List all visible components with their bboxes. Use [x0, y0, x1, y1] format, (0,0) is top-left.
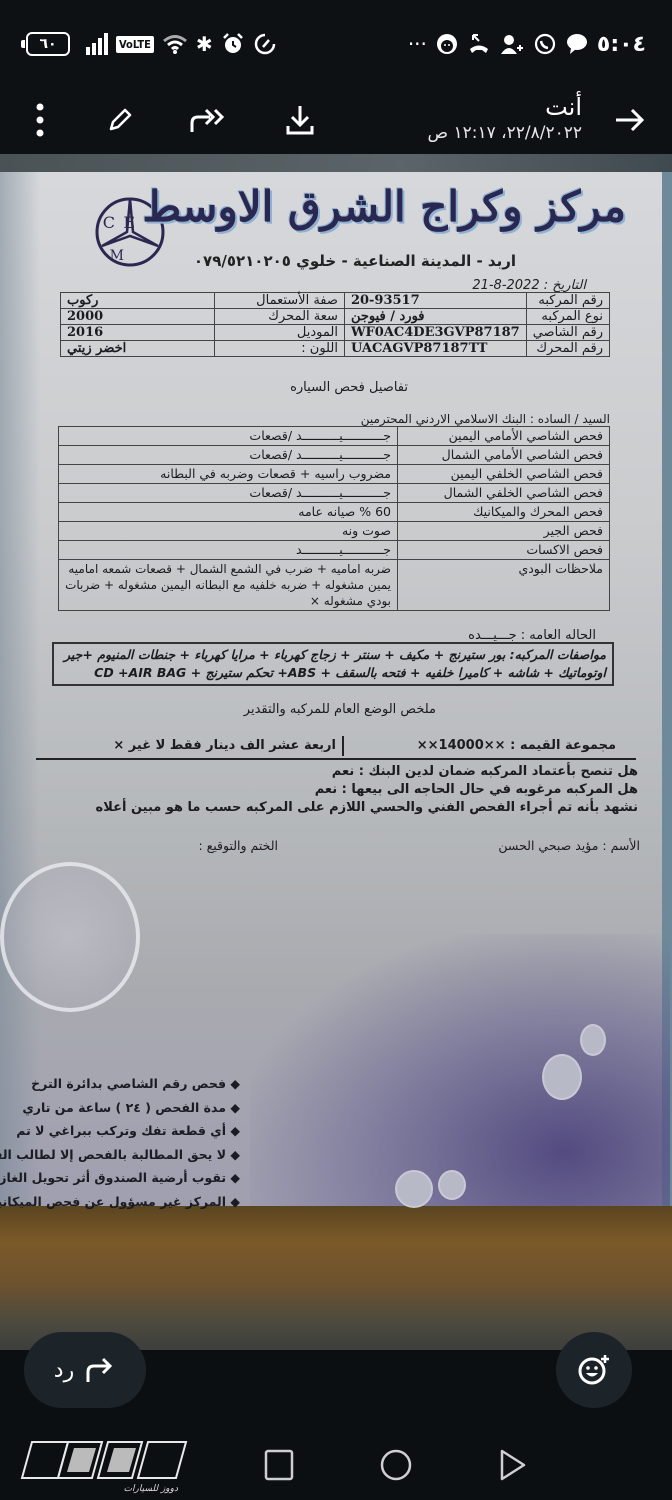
official-stamp [0, 862, 140, 1012]
table-row: فحص الشاصي الخلفي الشمالجـــــــــــيـــ… [59, 484, 610, 503]
nav-home-button[interactable] [378, 1440, 414, 1490]
messages-icon [565, 32, 589, 56]
garage-address: اربد - المدينة الصناعية - خلوي ٠٧٩/٥٢١٠٢… [194, 252, 516, 270]
reply-button[interactable]: رد [24, 1332, 146, 1408]
chat-head-icon [435, 32, 459, 56]
inspection-table: فحص الشاصي الأمامي اليمينجـــــــــــيــ… [58, 426, 610, 611]
section-title: تفاصيل فحص السياره [290, 380, 408, 395]
add-contact-icon [499, 32, 525, 56]
list-item: ◆ لا يحق المطالبة بالفحص إلا لطالب الفحص [0, 1143, 240, 1167]
alarm-icon [221, 32, 245, 56]
status-bar: ٦٠ VoLTE ✱ ··· [0, 0, 672, 88]
forward-button[interactable] [188, 100, 228, 140]
message-timestamp: ٢٢/٨/٢٠٢٢، ١٢:١٧ ص [428, 122, 583, 144]
missed-call-icon [467, 32, 491, 56]
svg-text:E: E [123, 213, 135, 232]
wifi-icon [162, 33, 188, 55]
question-collateral: هل تنصح بأعتماد المركبه ضمان لدين البنك … [332, 764, 638, 779]
download-button[interactable] [280, 100, 320, 140]
terms-list: ◆ فحص رقم الشاصي بدائرة الترخ ◆ مدة الفح… [0, 1072, 240, 1213]
question-marketable: هل المركبه مرغوبه في حال الحاجه الى بيعه… [315, 782, 638, 797]
back-triangle-icon [498, 1448, 528, 1482]
table-row: رقم الشاصي WF0AC4DE3GVP87187 الموديل 201… [61, 325, 610, 341]
table-row: ملاحظات البوديضربه اماميه + ضرب في الشمع… [59, 560, 610, 611]
vehicle-info-table: رقم المركبه 20-93517 صفة الأستعمال ركوب … [60, 292, 610, 357]
more-vert-icon [35, 103, 45, 137]
add-reaction-button[interactable] [556, 1332, 632, 1408]
sender-name: أنت [428, 92, 583, 122]
list-item: ◆ فحص رقم الشاصي بدائرة الترخ [0, 1072, 240, 1096]
paper-shadow [0, 172, 40, 1206]
garage-name: مركز وكراج الشرق الاوسط [142, 182, 626, 231]
media-viewer-header: أنت ٢٢/٨/٢٠٢٢، ١٢:١٧ ص [0, 88, 672, 154]
list-item: ◆ مدة الفحص ( ٢٤ ) ساعة من تاري [0, 1096, 240, 1120]
dooz-watermark: دووز للسيارات [20, 1438, 190, 1494]
car-illustration [250, 934, 670, 1206]
arrow-right-icon [614, 106, 646, 134]
reply-arrow-icon [84, 1356, 116, 1384]
signal-icon [86, 33, 108, 55]
volte-icon: VoLTE [116, 36, 154, 53]
battery-level: ٦٠ [39, 36, 56, 52]
whatsapp-icon [533, 32, 557, 56]
table-row: فحص المحرك والميكانيك60 % صيانه عامه [59, 503, 610, 522]
clock: ٥:٠٤ [597, 32, 646, 57]
summary-title: ملخص الوضع العام للمركبه والتقدير [244, 702, 436, 717]
inspector-name: الأسم : مؤيد صبحي الحسن [498, 838, 640, 853]
table-row: فحص الشاصي الأمامي الشمالجـــــــــــيــ… [59, 446, 610, 465]
table-row: فحص الشاصي الخلفي اليمينمضروب راسيه + قص… [59, 465, 610, 484]
reply-label: رد [54, 1358, 74, 1383]
dooz-logo [20, 1438, 190, 1482]
watermark-subtitle: دووز للسيارات [124, 1484, 178, 1494]
nav-recents-button[interactable] [262, 1440, 296, 1490]
forward-icon [188, 105, 228, 135]
battery-icon: ٦٠ [26, 32, 70, 56]
more-options-button[interactable] [20, 100, 60, 140]
value-in-words: اربعة عشر الف دينار فقط لا غير × [113, 738, 336, 753]
back-button[interactable] [610, 100, 650, 140]
home-circle-icon [379, 1448, 413, 1482]
pencil-icon [106, 106, 134, 134]
stamp-signature-label: الختم والتوقيع : [198, 838, 278, 853]
nav-back-button[interactable] [496, 1440, 530, 1490]
edit-button[interactable] [100, 100, 140, 140]
table-row: فحص الجيرصوت ونه [59, 522, 610, 541]
table-row: رقم المحرك UACAGVP87187TT اللون : اخضر ز… [61, 341, 610, 357]
image-viewer[interactable]: C E M مركز وكراج الشرق الاوسط اربد - الم… [0, 154, 672, 1350]
add-reaction-icon [576, 1352, 612, 1388]
bluetooth-icon: ✱ [196, 34, 213, 54]
download-icon [285, 104, 315, 136]
table-row: نوع المركبه فورد / فيوجن سعة المحرك 2000 [61, 309, 610, 325]
table-row: رقم المركبه 20-93517 صفة الأستعمال ركوب [61, 293, 610, 309]
photo-background [0, 154, 672, 174]
addressee: السيد / الساده : البنك الاسلامي الاردني … [361, 412, 610, 426]
table-row: فحص الشاصي الأمامي اليمينجـــــــــــيــ… [59, 427, 610, 446]
certification: نشهد بأنه تم أجراء الفحص الفني والحسي ال… [96, 800, 638, 815]
vehicle-specs: مواصفات المركبه: بور ستيرنج + مكيف + سنت… [52, 642, 614, 686]
data-saver-icon [253, 32, 277, 56]
table-surface [0, 1206, 672, 1350]
sender-info: أنت ٢٢/٨/٢٠٢٢، ١٢:١٧ ص [428, 92, 583, 144]
svg-text:C: C [103, 213, 115, 232]
more-notifications-icon: ··· [408, 34, 427, 54]
report-date: التاريخ : 21-8-2022 [472, 278, 586, 293]
svg-text:M: M [110, 248, 124, 264]
general-condition: الحاله العامه : جـــيـــده [468, 628, 596, 643]
list-item: ◆ أي قطعة تفك وتركب ببراغي لا تم [0, 1119, 240, 1143]
table-row: فحص الاكساتجـــــــــــيــــــــــد [59, 541, 610, 560]
recents-square-icon [264, 1449, 294, 1481]
list-item: ◆ المركز غير مسؤول عن فحص الميكانيك واله… [0, 1190, 240, 1214]
valuation-row: مجموعة القيمه : ××14000×× اربعة عشر الف … [36, 736, 636, 760]
list-item: ◆ تقوب أرضية الصندوق أثر تحويل الغاز لا [0, 1166, 240, 1190]
